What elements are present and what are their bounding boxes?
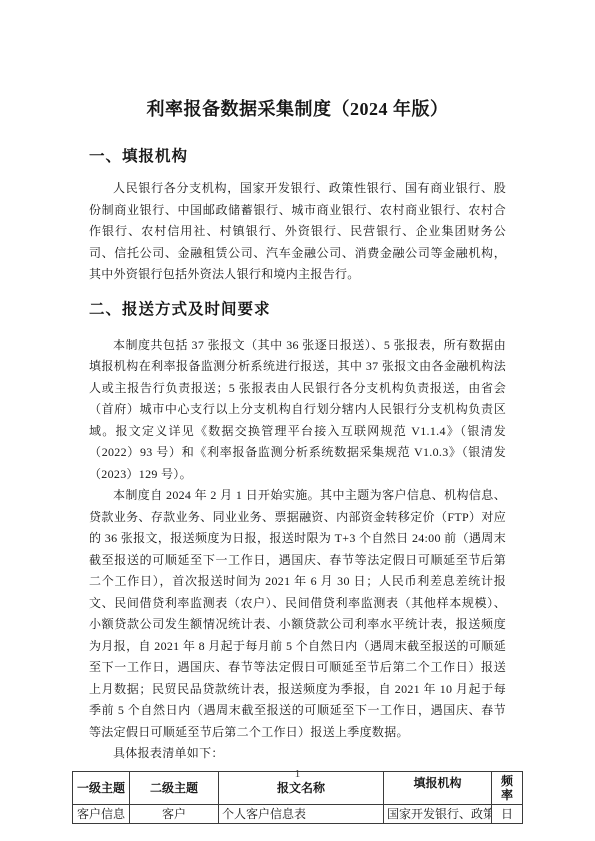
page-number: 1: [0, 768, 595, 780]
table-row: 客户信息 客户 个人客户信息表 国家开发银行、政策 日: [73, 804, 523, 823]
cell-level1-topic: 客户信息: [73, 804, 130, 823]
section-heading-reporting-institutions: 一、填报机构: [89, 147, 506, 167]
cell-frequency: 日: [492, 804, 523, 823]
report-table-body: 客户信息 客户 个人客户信息表 国家开发银行、政策 日: [73, 804, 523, 823]
cell-reporting-institution: 国家开发银行、政策: [384, 804, 492, 823]
cell-report-name: 个人客户信息表: [219, 804, 384, 823]
cell-level2-topic: 客户: [130, 804, 219, 823]
document-page: 利率报备数据采集制度（2024 年版） 一、填报机构 人民银行各分支机构，国家开…: [0, 0, 595, 841]
paragraph-submission-method: 本制度共包括 37 张报文（其中 36 张逐日报送）、5 张报表，所有数据由填报…: [89, 335, 506, 486]
paragraph-table-lead-in: 具体报表清单如下：: [89, 743, 506, 765]
paragraph-implementation-schedule: 本制度自 2024 年 2 月 1 日开始实施。其中主题为客户信息、机构信息、贷…: [89, 485, 506, 743]
page-content: 利率报备数据采集制度（2024 年版） 一、填报机构 人民银行各分支机构，国家开…: [0, 0, 595, 824]
paragraph-reporting-institutions: 人民银行各分支机构，国家开发银行、政策性银行、国有商业银行、股份制商业银行、中国…: [89, 178, 506, 286]
page-title: 利率报备数据采集制度（2024 年版）: [89, 96, 506, 123]
section-heading-submission-requirements: 二、报送方式及时间要求: [89, 300, 506, 320]
